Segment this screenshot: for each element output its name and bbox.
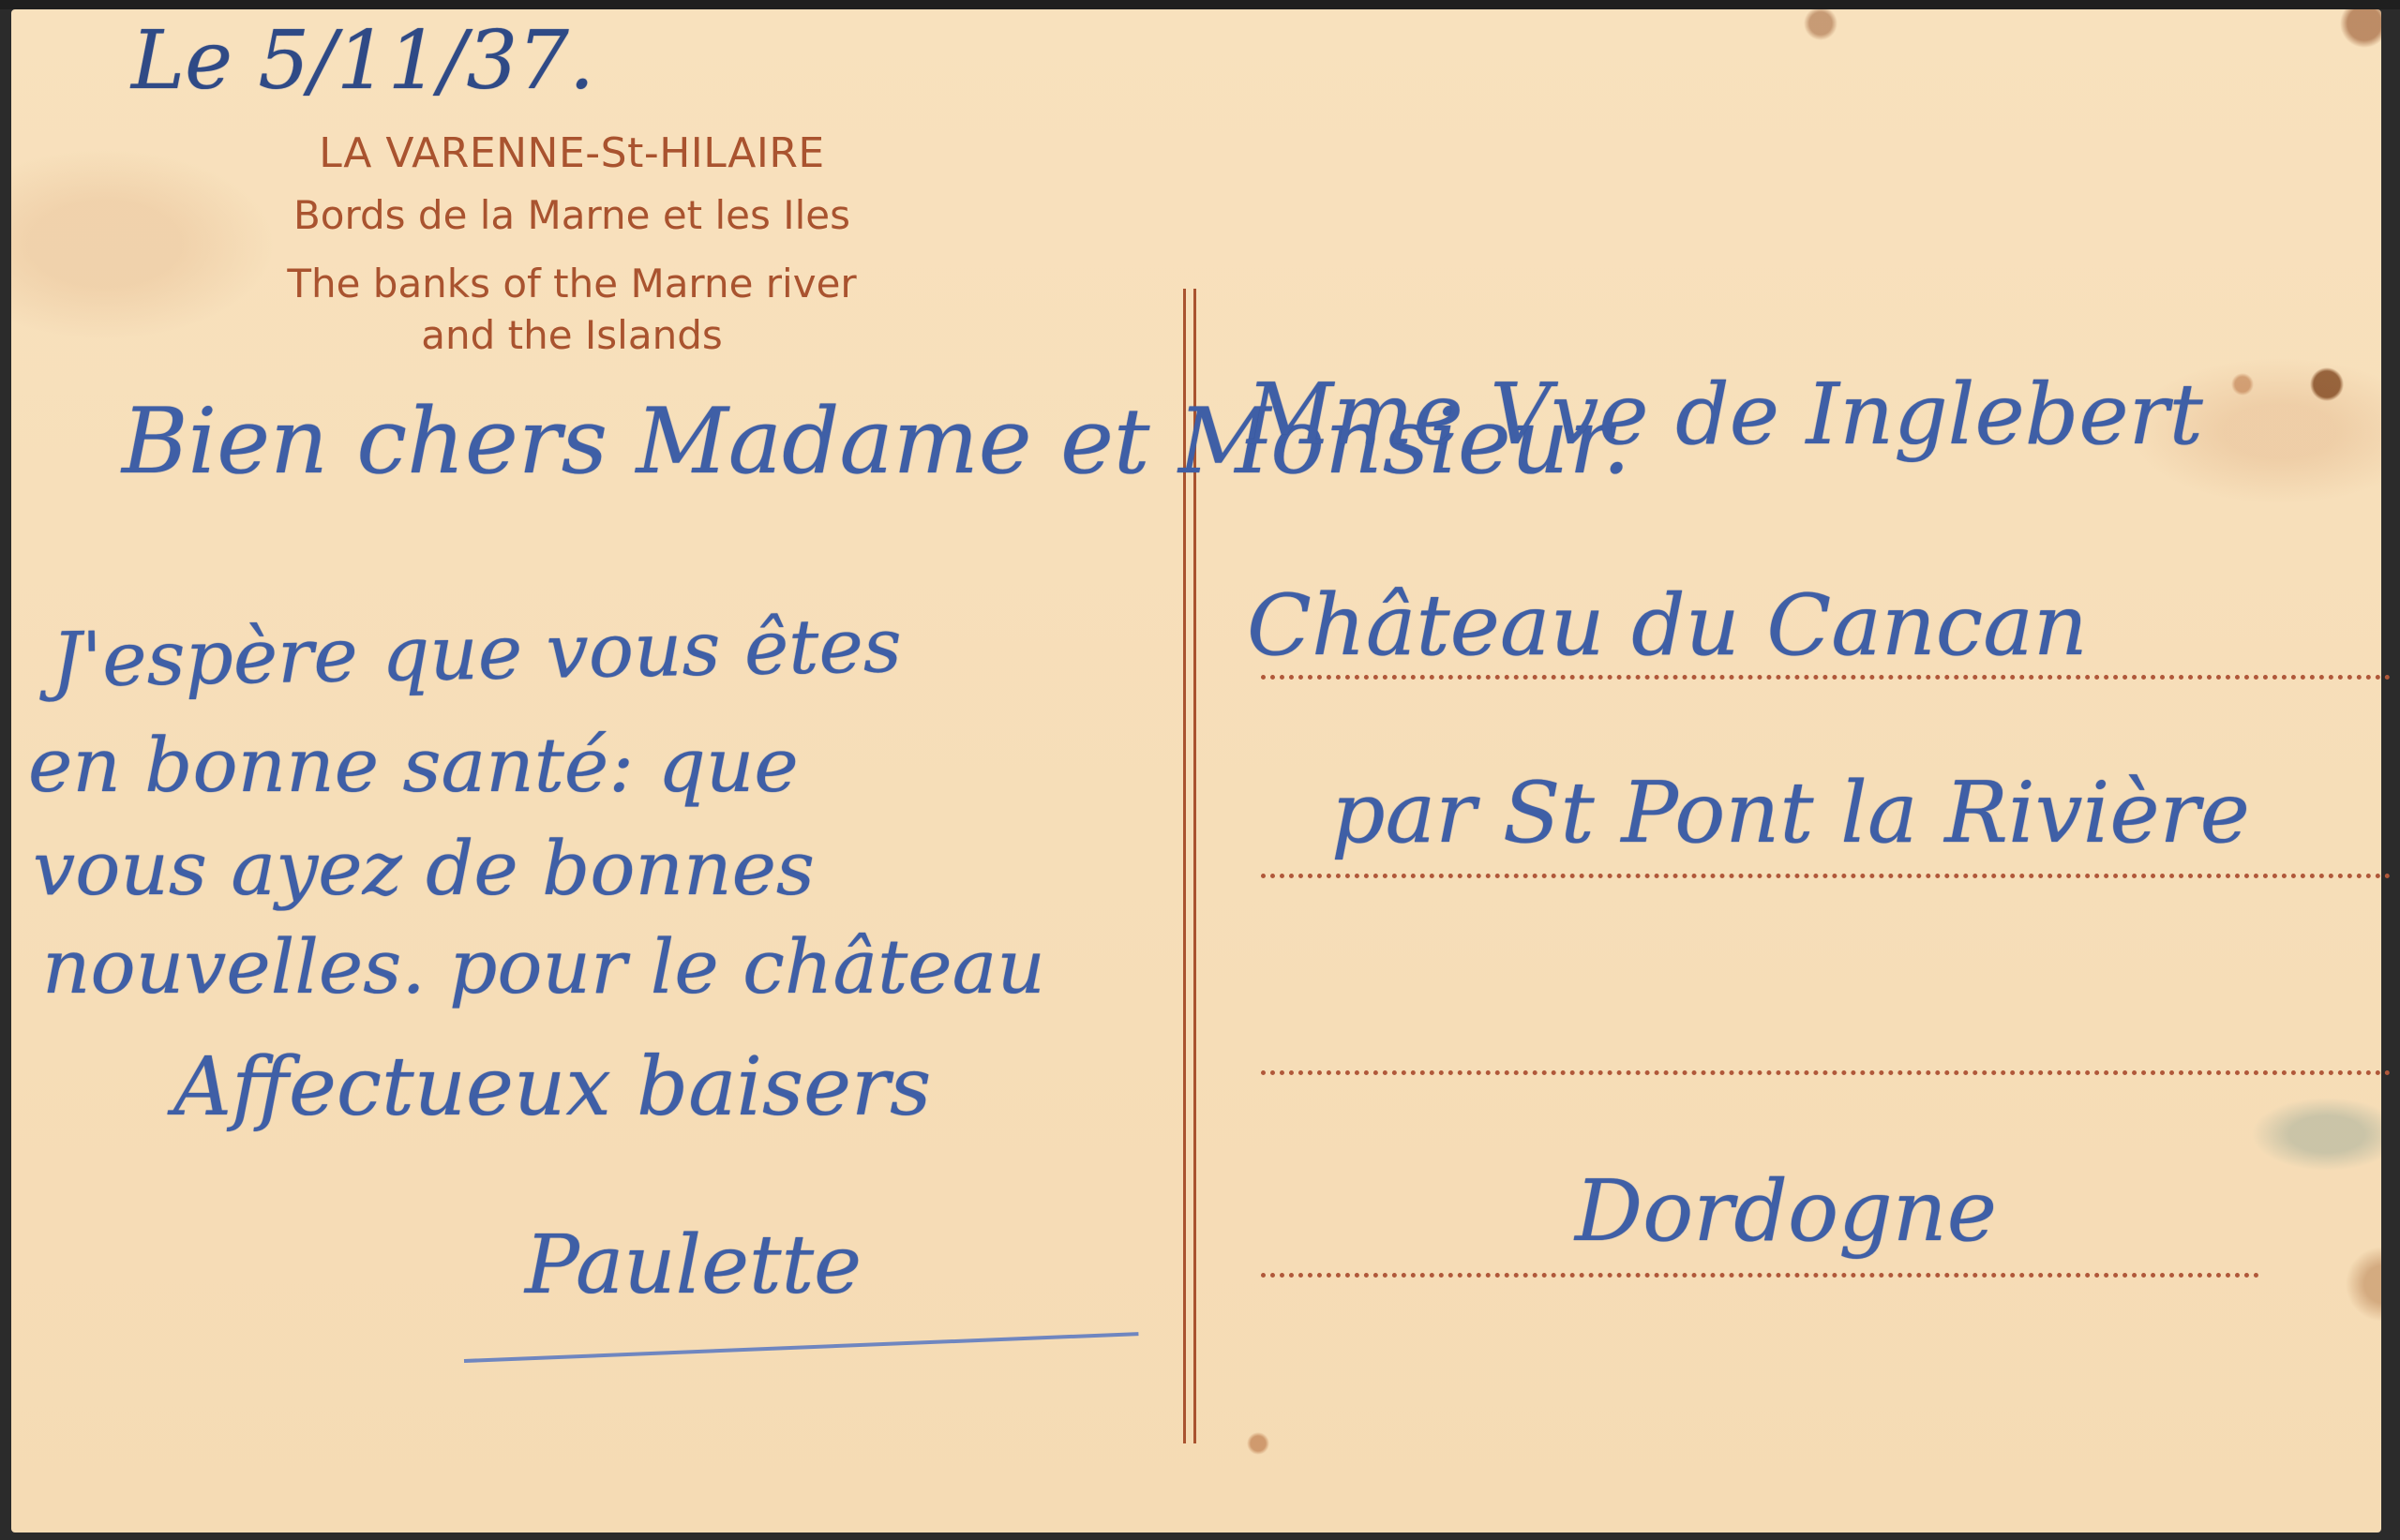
- message-line: Affectueux baisers: [173, 1040, 931, 1134]
- address-line: Mme Vve de Inglebert: [1247, 366, 2203, 464]
- caption-english-1: The banks of the Marne river: [225, 261, 919, 307]
- scan-top-edge: [0, 0, 2400, 9]
- caption-french: Bords de la Marne et les Iles: [225, 192, 919, 238]
- address-rule-1: [1261, 675, 2391, 680]
- signature: Paulette: [525, 1219, 862, 1312]
- message-line: J'espère que vous êtes: [51, 602, 902, 704]
- address-line: Château du Cancan: [1247, 576, 2088, 675]
- caption-title: LA VARENNE-St-HILAIRE: [262, 129, 881, 177]
- address-rule-2: [1261, 874, 2391, 878]
- address-rule-3: [1261, 1070, 2391, 1075]
- address-line: Dordogne: [1575, 1162, 1997, 1261]
- handwritten-date: Le 5/11/37.: [131, 14, 594, 108]
- message-line: nouvelles. pour le château: [42, 923, 1045, 1010]
- address-rule-4: [1261, 1273, 2259, 1278]
- address-line: par St Pont la Rivière: [1331, 764, 2250, 862]
- caption-english-2: and the Islands: [225, 312, 919, 358]
- message-line: vous ayez de bonnes: [33, 825, 815, 912]
- message-line: en bonne santé: que: [28, 722, 799, 809]
